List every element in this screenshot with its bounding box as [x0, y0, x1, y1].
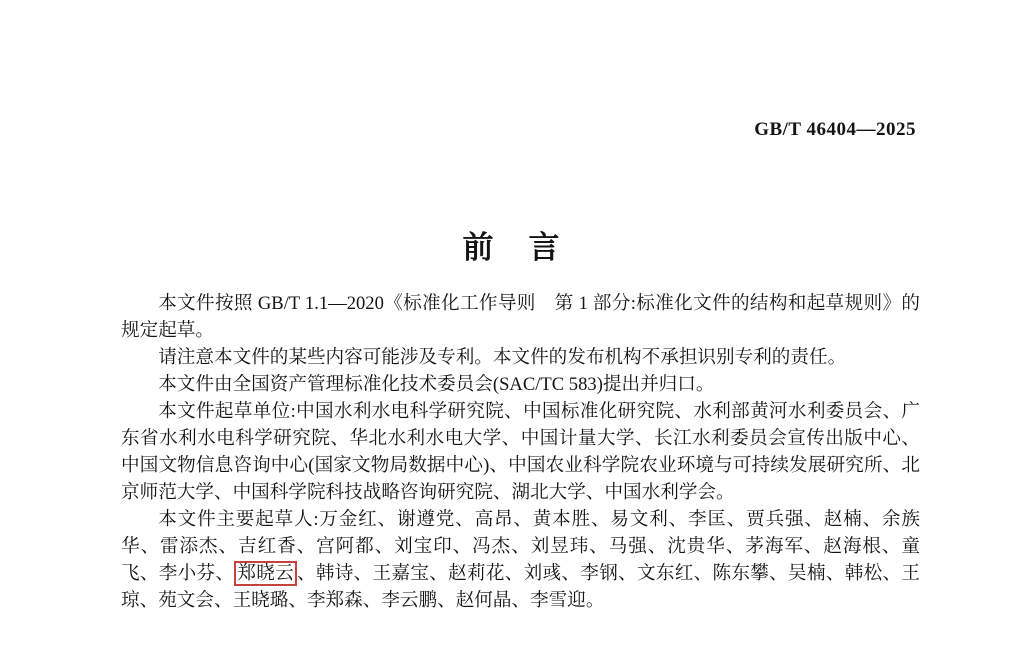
foreword-body: 本文件按照 GB/T 1.1—2020《标准化工作导则 第 1 部分:标准化文件…	[121, 290, 920, 614]
standard-number: GB/T 46404—2025	[754, 119, 916, 141]
paragraph-proposing-committee: 本文件由全国资产管理标准化技术委员会(SAC/TC 583)提出并归口。	[121, 371, 920, 398]
paragraph-drafting-organizations: 本文件起草单位:中国水利水电科学研究院、中国标准化研究院、水利部黄河水利委员会、…	[121, 398, 920, 506]
paragraph-patent-notice: 请注意本文件的某些内容可能涉及专利。本文件的发布机构不承担识别专利的责任。	[121, 344, 920, 371]
paragraph-main-drafters: 本文件主要起草人:万金红、谢遵党、高昂、黄本胜、易文利、李匡、贾兵强、赵楠、余族…	[121, 506, 920, 614]
foreword-title: 前 言	[0, 222, 1024, 267]
highlighted-drafter-name: 郑晓云	[234, 561, 297, 586]
paragraph-drafting-rules: 本文件按照 GB/T 1.1—2020《标准化工作导则 第 1 部分:标准化文件…	[121, 290, 920, 344]
standard-document-page: GB/T 46404—2025 前 言 本文件按照 GB/T 1.1—2020《…	[0, 0, 1024, 655]
